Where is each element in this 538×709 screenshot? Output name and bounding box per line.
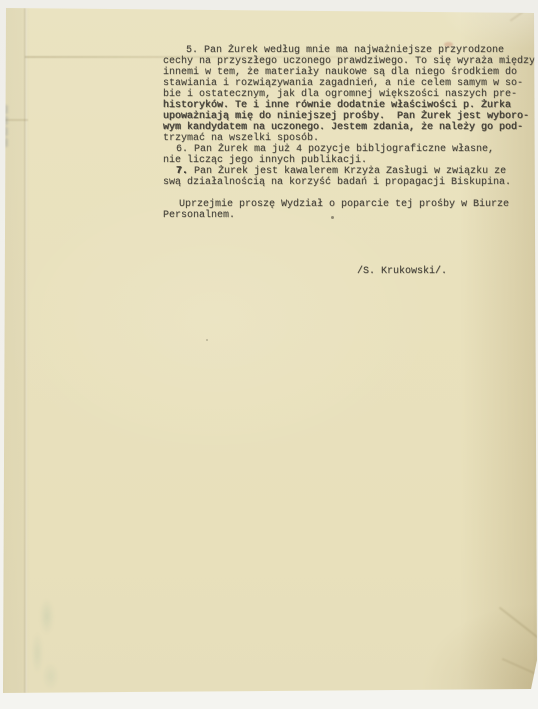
text-line: historyków. Te i inne równie dodatnie wł… [163, 100, 538, 111]
text-line: Uprzejmie proszę Wydział o poparcie tej … [163, 199, 538, 210]
text-line: trzymać na wszelki sposób. [163, 133, 538, 144]
text-line: upoważniają mię do niniejszej prośby. Pa… [163, 111, 538, 122]
text-line: wym kandydatem na uczonego. Jestem zdani… [163, 122, 538, 133]
scanned-page: 5. Pan Żurek według mnie ma najważniejsz… [0, 0, 538, 709]
text-line: cechy na przyszłego uczonego prawdziwego… [163, 56, 538, 67]
text-line: Personalnem. [163, 210, 538, 221]
overstruck-item-number: 7. [176, 166, 188, 177]
corner-crease-bottom-right [499, 607, 538, 652]
corner-crease-bottom-right-2 [502, 658, 538, 680]
dust-speck [206, 339, 208, 341]
typewritten-text-block: 5. Pan Żurek według mnie ma najważniejsz… [163, 45, 538, 221]
text-line: stawiania i rozwiązywania zagadnień, a n… [163, 78, 538, 89]
vertical-fold-crease [24, 8, 27, 693]
text-line: bie i ostatecznym, jak dla ogromnej więk… [163, 89, 538, 100]
text-line: nie licząc jego innych publikacji. [163, 155, 538, 166]
corner-crease-top-right [510, 0, 538, 22]
text-line: 6. Pan Żurek ma już 4 pozycje bibljograf… [163, 144, 538, 155]
pencil-smudge [24, 598, 62, 690]
text-line: innemi w tem, że materiały naukowe są dl… [163, 67, 538, 78]
paper-sheet: 5. Pan Żurek według mnie ma najważniejsz… [0, 0, 538, 709]
signature: /S. Krukowski/. [357, 266, 447, 277]
text-line: 7. Pan Żurek jest kawalerem Krzyża Zasłu… [163, 166, 538, 177]
faint-edge-mark [1, 103, 11, 151]
text-line: 5. Pan Żurek według mnie ma najważniejsz… [163, 45, 538, 56]
text-line-rest: Pan Żurek jest kawalerem Krzyża Zasługi … [188, 166, 506, 177]
text-line: swą działalnością na korzyść badań i pro… [163, 177, 538, 188]
